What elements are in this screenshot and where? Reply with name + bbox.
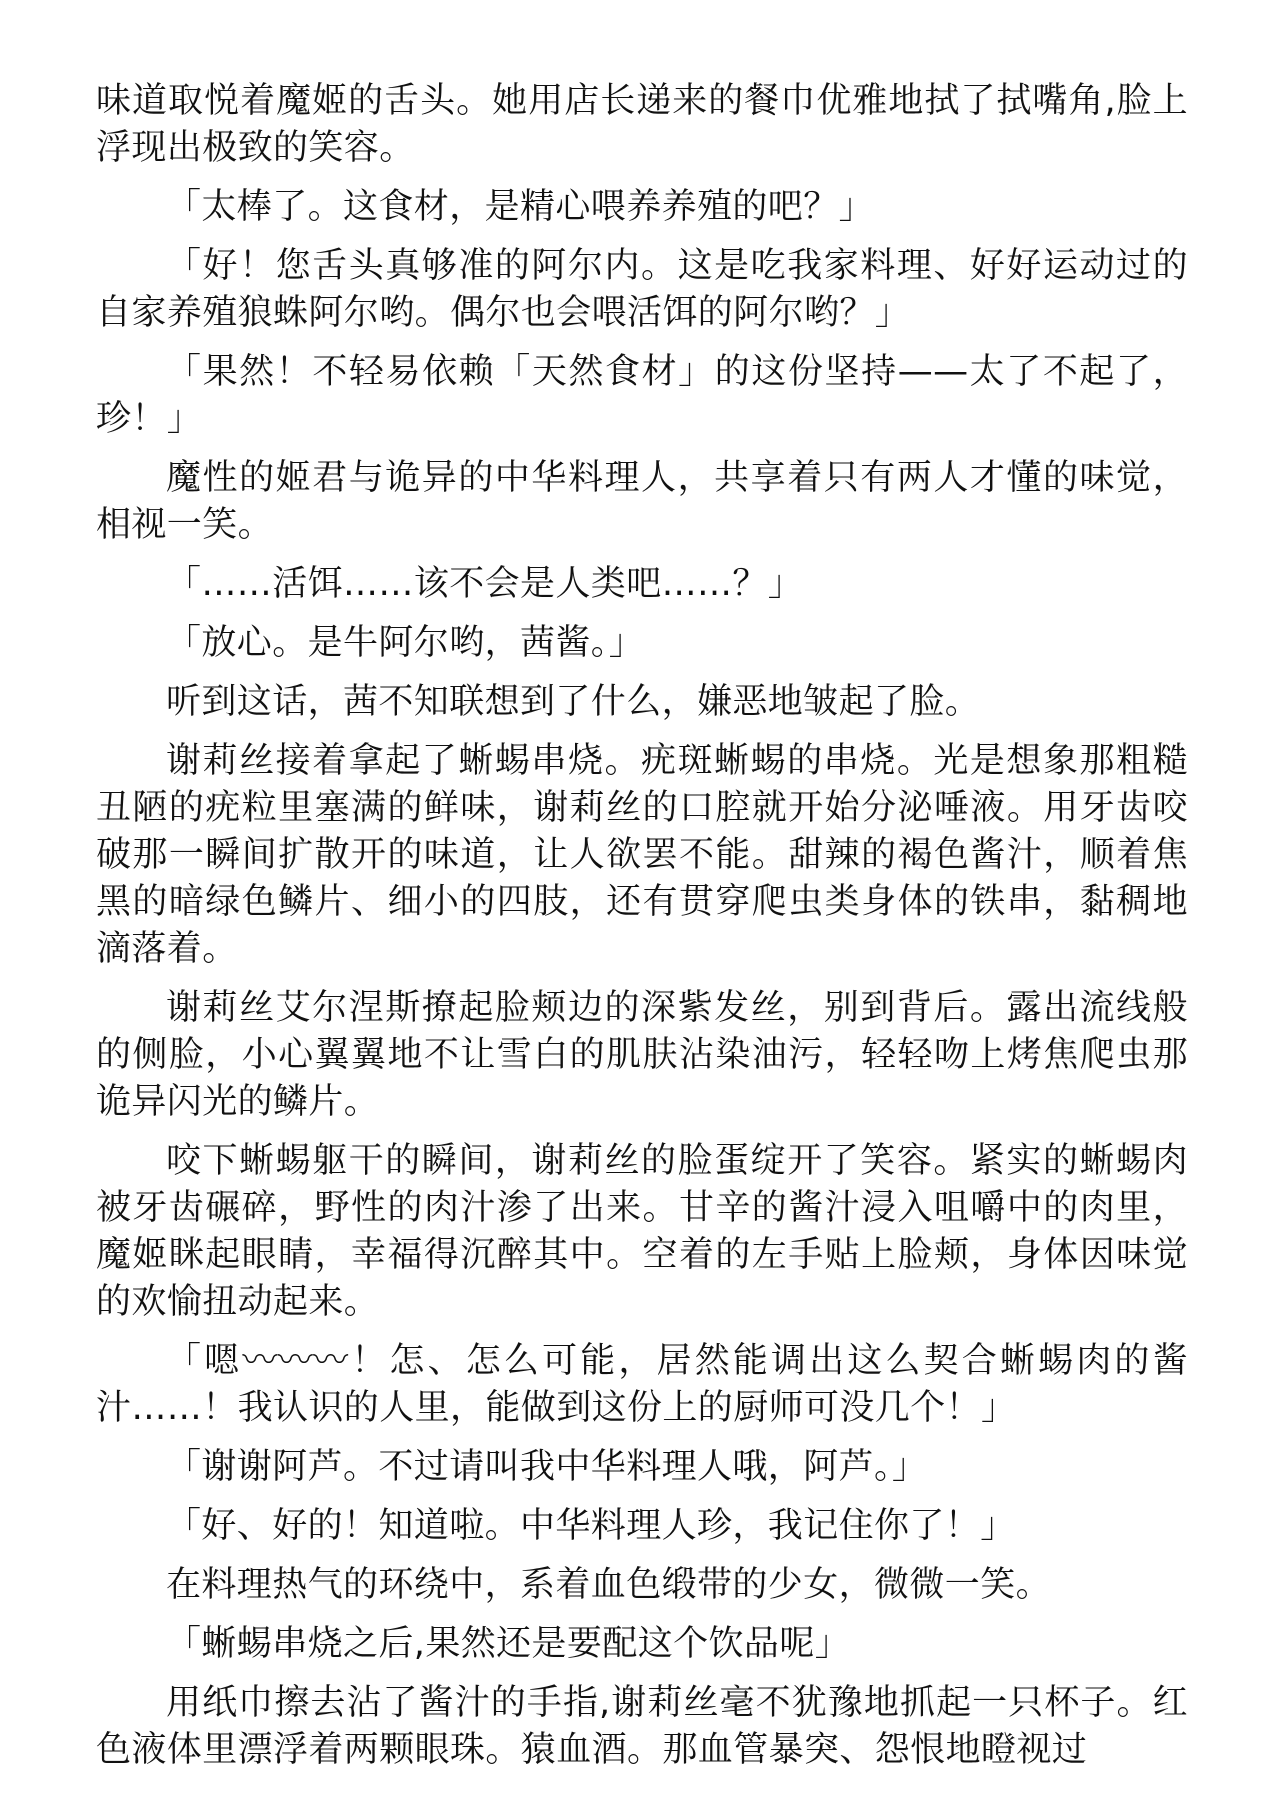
dialogue-paragraph: 「好、好的！知道啦。中华料理人珍，我记住你了！」: [96, 1503, 1188, 1550]
dialogue-paragraph: 「蜥蜴串烧之后,果然还是要配这个饮品呢」: [96, 1621, 1188, 1668]
paragraph: 用纸巾擦去沾了酱汁的手指,谢莉丝毫不犹豫地抓起一只杯子。红色液体里漂浮着两颗眼珠…: [96, 1680, 1188, 1774]
paragraph: 味道取悦着魔姬的舌头。她用店长递来的餐巾优雅地拭了拭嘴角,脸上浮现出极致的笑容。: [96, 78, 1188, 172]
paragraph: 咬下蜥蜴躯干的瞬间，谢莉丝的脸蛋绽开了笑容。紧实的蜥蜴肉被牙齿碾碎，野性的肉汁渗…: [96, 1138, 1188, 1326]
dialogue-paragraph: 「放心。是牛阿尔哟，茜酱。」: [96, 620, 1188, 667]
paragraph: 谢莉丝艾尔涅斯撩起脸颊边的深紫发丝，别到背后。露出流线般的侧脸，小心翼翼地不让雪…: [96, 985, 1188, 1126]
paragraph: 谢莉丝接着拿起了蜥蜴串烧。疣斑蜥蜴的串烧。光是想象那粗糙丑陋的疣粒里塞满的鲜味，…: [96, 738, 1188, 973]
paragraph: 听到这话，茜不知联想到了什么，嫌恶地皱起了脸。: [96, 679, 1188, 726]
dialogue-paragraph: 「好！您舌头真够准的阿尔内。这是吃我家料理、好好运动过的自家养殖狼蛛阿尔哟。偶尔…: [96, 243, 1188, 337]
document-page: 味道取悦着魔姬的舌头。她用店长递来的餐巾优雅地拭了拭嘴角,脸上浮现出极致的笑容。…: [96, 78, 1188, 1786]
dialogue-paragraph: 「果然！不轻易依赖「天然食材」的这份坚持——太了不起了，珍！」: [96, 349, 1188, 443]
dialogue-paragraph: 「嗯〰〰〰！怎、怎么可能，居然能调出这么契合蜥蜴肉的酱汁……！我认识的人里，能做…: [96, 1338, 1188, 1432]
dialogue-paragraph: 「太棒了。这食材，是精心喂养养殖的吧？」: [96, 184, 1188, 231]
paragraph: 魔性的姬君与诡异的中华料理人，共享着只有两人才懂的味觉，相视一笑。: [96, 455, 1188, 549]
dialogue-paragraph: 「谢谢阿芦。不过请叫我中华料理人哦，阿芦。」: [96, 1444, 1188, 1491]
dialogue-paragraph: 「……活饵……该不会是人类吧……？」: [96, 561, 1188, 608]
paragraph: 在料理热气的环绕中，系着血色缎带的少女，微微一笑。: [96, 1562, 1188, 1609]
